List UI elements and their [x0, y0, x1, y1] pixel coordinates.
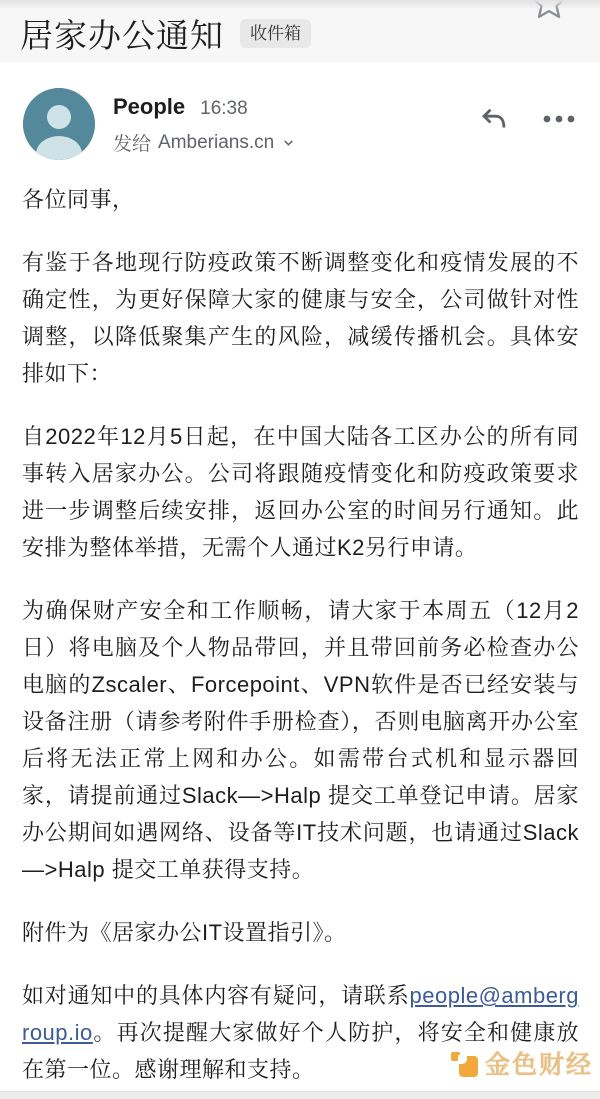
closing-pre-link: 如对通知中的具体内容有疑问，请联系: [22, 983, 410, 1008]
paragraph-3: 为确保财产安全和工作顺畅，请大家于本周五（12月2日）将电脑及个人物品带回，并且…: [22, 592, 579, 888]
email-body: 各位同事， 有鉴于各地现行防疫政策不断调整变化和疫情发展的不确定性，为更好保障大…: [0, 160, 600, 1088]
recipient-row[interactable]: 发给 Amberians.cn: [113, 129, 476, 156]
message-card: People 16:38 发给 Amberians.cn: [0, 62, 600, 1091]
subject-bar: 居家办公通知 收件箱: [0, 0, 600, 62]
chevron-down-icon: [281, 135, 296, 150]
paragraph-4: 附件为《居家办公IT设置指引》。: [22, 914, 579, 951]
person-icon: [23, 88, 95, 160]
watermark-text: 金色财经: [485, 1045, 593, 1081]
jinse-logo-notch: [458, 1055, 467, 1064]
email-view-screen: 居家办公通知 收件箱 People 16:38 发给: [0, 0, 600, 1099]
jinse-logo-icon: [451, 1050, 478, 1077]
reply-icon: [476, 102, 512, 136]
watermark: 金色财经: [451, 1045, 593, 1081]
paragraph-1: 有鉴于各地现行防疫政策不断调整变化和疫情发展的不确定性，为更好保障大家的健康与安…: [22, 244, 579, 392]
sender-line: People 16:38: [113, 94, 476, 120]
sent-time: 16:38: [200, 98, 248, 120]
inbox-label-badge: 收件箱: [240, 19, 311, 48]
more-options-button[interactable]: [542, 112, 576, 126]
reply-button[interactable]: [476, 102, 512, 136]
sender-row: People 16:38 发给 Amberians.cn: [0, 62, 600, 160]
sender-info: People 16:38 发给 Amberians.cn: [113, 88, 476, 156]
sender-name: People: [113, 94, 185, 120]
paragraph-2: 自2022年12月5日起，在中国大陆各工区办公的所有同事转入居家办公。公司将跟随…: [22, 418, 579, 566]
jinse-logo-square: [459, 1056, 478, 1077]
email-subject: 居家办公通知: [20, 10, 224, 57]
avatar[interactable]: [23, 88, 95, 160]
greeting: 各位同事，: [22, 181, 579, 218]
to-prefix: 发给: [113, 129, 151, 156]
star-icon[interactable]: [529, 0, 569, 23]
more-options-icon: [542, 112, 576, 126]
bottom-edge-strip: [0, 1091, 600, 1099]
recipient: Amberians.cn: [158, 132, 274, 154]
message-actions: [476, 88, 576, 136]
